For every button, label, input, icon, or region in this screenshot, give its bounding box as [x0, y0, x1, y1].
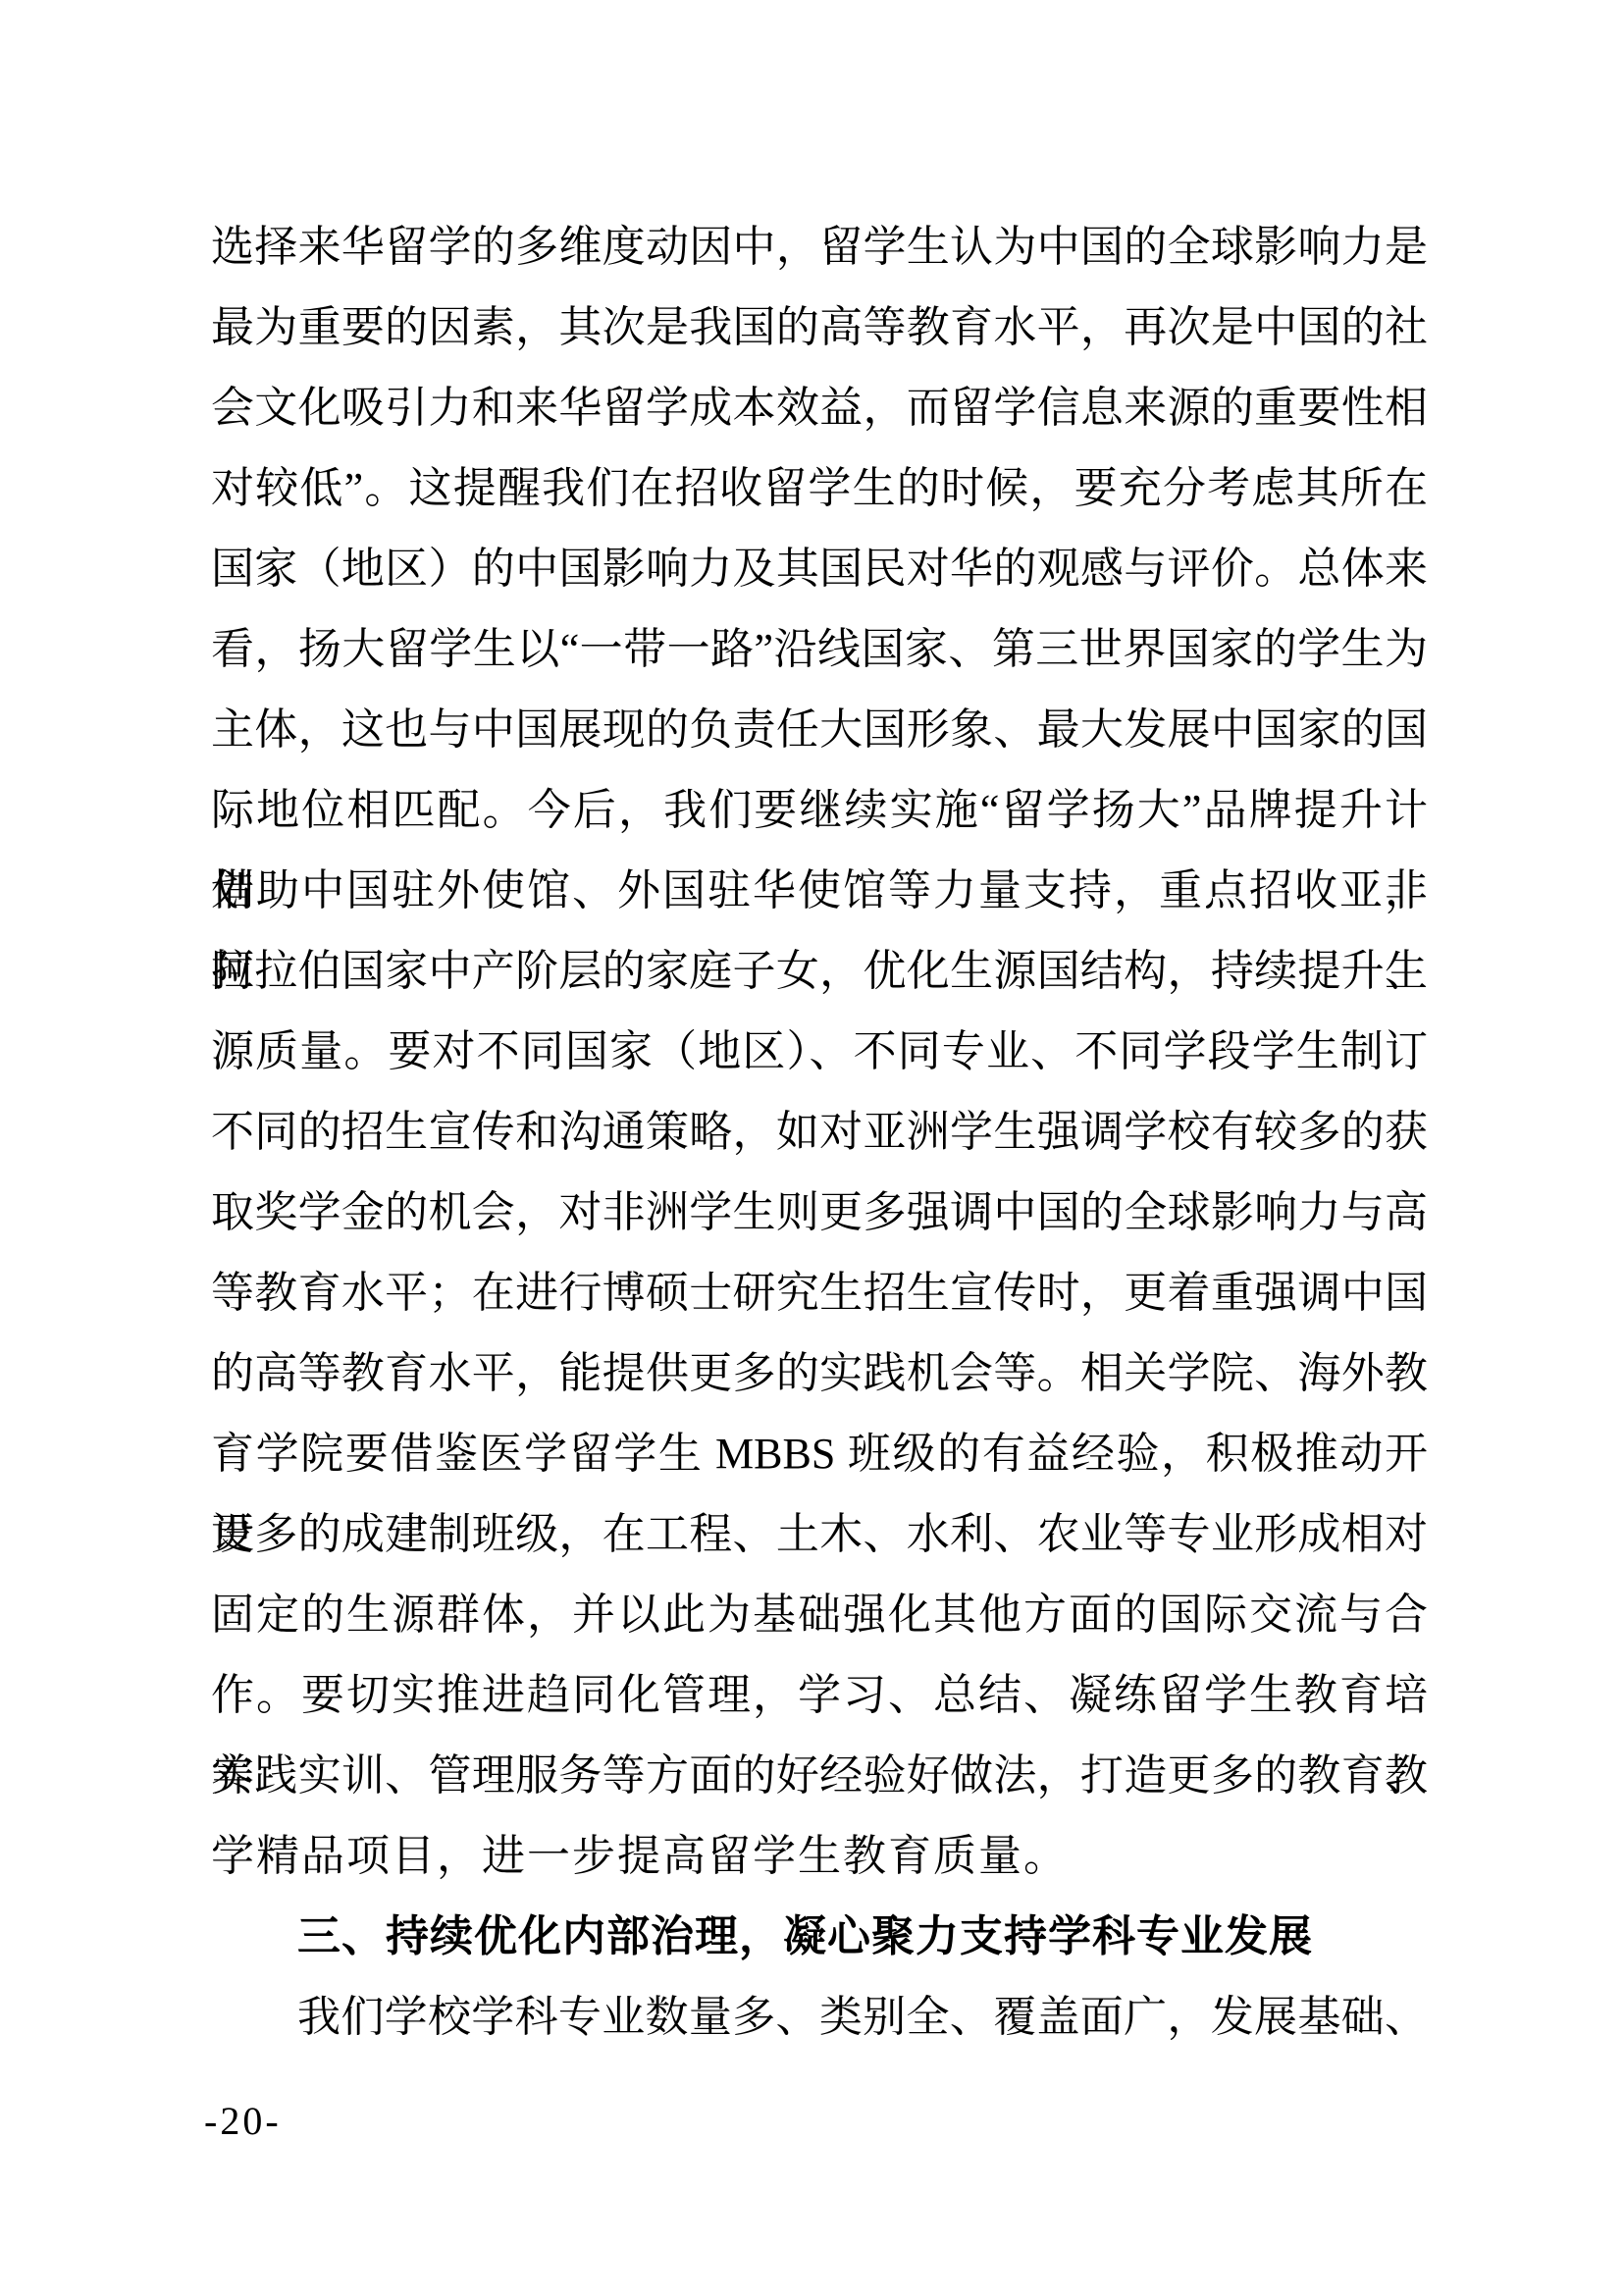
body-text-line: 借助中国驻外使馆、外国驻华使馆等力量支持，重点招收亚非拉、: [211, 851, 1428, 931]
body-text-line: 阿拉伯国家中产阶层的家庭子女，优化生源国结构，持续提升生: [211, 931, 1428, 1012]
body-text-line: 看，扬大留学生以“一带一路”沿线国家、第三世界国家的学生为: [211, 609, 1428, 690]
body-text-line: 育学院要借鉴医学留学生 MBBS 班级的有益经验，积极推动开设: [211, 1414, 1428, 1494]
page-number: -20-: [204, 2098, 282, 2145]
body-text-line: 的高等教育水平，能提供更多的实践机会等。相关学院、海外教: [211, 1333, 1428, 1414]
body-text-line: 际地位相匹配。今后，我们要继续实施“留学扬大”品牌提升计划，: [211, 770, 1428, 851]
body-text: 选择来华留学的多维度动因中，留学生认为中国的全球影响力是 最为重要的因素，其次是…: [211, 207, 1428, 2058]
body-text-line: 源质量。要对不同国家（地区）、不同专业、不同学段学生制订: [211, 1012, 1428, 1092]
body-text-line: 取奖学金的机会，对非洲学生则更多强调中国的全球影响力与高: [211, 1173, 1428, 1253]
body-text-line: 等教育水平；在进行博硕士研究生招生宣传时，更着重强调中国: [211, 1253, 1428, 1333]
body-text-line: 不同的招生宣传和沟通策略，如对亚洲学生强调学校有较多的获: [211, 1092, 1428, 1173]
body-text-line: 主体，这也与中国展现的负责任大国形象、最大发展中国家的国: [211, 690, 1428, 770]
paragraph-last-line: 学精品项目，进一步提高留学生教育质量。: [211, 1816, 1428, 1897]
body-text-line: 实践实训、管理服务等方面的好经验好做法，打造更多的教育教: [211, 1736, 1428, 1816]
body-text-line: 更多的成建制班级，在工程、土木、水利、农业等专业形成相对: [211, 1494, 1428, 1575]
body-text-line: 作。要切实推进趋同化管理，学习、总结、凝练留学生教育培养、: [211, 1655, 1428, 1736]
body-text-line: 对较低”。这提醒我们在招收留学生的时候，要充分考虑其所在: [211, 448, 1428, 529]
body-text-line: 会文化吸引力和来华留学成本效益，而留学信息来源的重要性相: [211, 368, 1428, 448]
body-text-line: 固定的生源群体，并以此为基础强化其他方面的国际交流与合: [211, 1575, 1428, 1655]
body-text-line: 国家（地区）的中国影响力及其国民对华的观感与评价。总体来: [211, 529, 1428, 609]
document-page: 选择来华留学的多维度动因中，留学生认为中国的全球影响力是 最为重要的因素，其次是…: [0, 0, 1624, 2296]
section-heading: 三、持续优化内部治理，凝心聚力支持学科专业发展: [211, 1897, 1428, 1977]
body-text-line: 最为重要的因素，其次是我国的高等教育水平，再次是中国的社: [211, 287, 1428, 368]
paragraph-first-line: 我们学校学科专业数量多、类别全、覆盖面广，发展基础、: [211, 1977, 1428, 2058]
body-text-line: 选择来华留学的多维度动因中，留学生认为中国的全球影响力是: [211, 207, 1428, 287]
